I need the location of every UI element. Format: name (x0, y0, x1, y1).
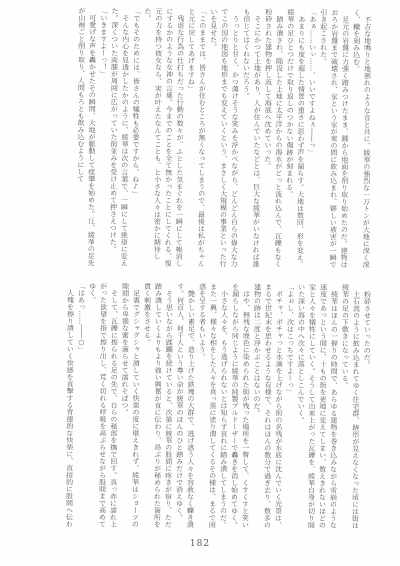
dialogue-line: 「あぁ……いぃ……、いいですよねぇ――っ」 (305, 9, 318, 273)
paragraph: 綾華はほんの一握りの時間で、あらゆる建物を巻き込みながら雪崩のような速度であっと… (294, 283, 339, 533)
paragraph: 粉砕させていったのだ。 (360, 284, 372, 534)
novel-page: 不吉な地鳴りと地割れのような音と共に、綾華の強烈な一万トンが大地に深く深く、轍を… (0, 0, 400, 566)
paragraph: 残虐な行為の仕打ちだった行動の数々が、ふとした気まぐれを一瞬にして帳消しにするか… (140, 8, 186, 272)
paragraph: 土石流のように飲み込まれてゆく住宅群、跡形が見えなくなった頃には街は綾華の足の下… (338, 284, 361, 534)
text-block-top: 不吉な地鳴りと地割れのような音と共に、綾華の強烈な一万トンが大地に深く深く、轍を… (27, 7, 373, 273)
paragraph: そんな内心を見透かしたかのように、綾華は次の言葉で、一瞬にして絶望に変えた。深く… (107, 7, 131, 271)
paragraph: そして、瓦礫に擦られる足の先で、自らの秘部を撫で回す。真っ赤に濡れ上がった欲望を… (85, 282, 119, 532)
paragraph: うっとりと甘く、かつ蕩けそうな笑みを浮かべながら、どんどん自らの偉大な力でこの国… (206, 8, 241, 272)
dialogue-line: 「はあっ……――○」 (74, 282, 86, 532)
page-number: 182 (0, 539, 400, 549)
paragraph: 足裏でグシャグシャと潰していく快楽の度に堪えきれず、綾華はショーツの隙間から卑猥… (118, 283, 141, 533)
paragraph: 不吉な地鳴りと地割れのような音と共に、綾華の強烈な一万トンが大地に深く深く、轍を… (349, 9, 373, 273)
paragraph: あまりにも度を超した情景の重さに思わず声を漏らす。大地は数回、形を変え、綾華の足… (283, 9, 307, 273)
dialogue-line: 「でもそのためには、皆さんの犠牲も必要ですから、ね♪」 (129, 8, 142, 272)
paragraph: 小さな人々を、もう逃げられないとは知らず哀れに踏み潰してしまうのだ。また一興、様… (195, 283, 229, 533)
paragraph: 艶かしい素足で、造り上げた鉄塊の大群で、逃げ惑う人々を容赦なく轢き潰す。何百人、… (173, 283, 196, 533)
dialogue-line: 「よぉし、次はこっちですよーっ」 (283, 283, 295, 533)
paragraph: そう思いながら蹂躙を続けていると、次第に綾華の股間に疼きが宿り、ただ踏み潰してい… (140, 283, 174, 533)
dialogue-line: 「このままでは、皆さんが住むところが無くなってしまうので、最後は私がちゃんと元に… (184, 8, 208, 272)
paragraph: はや、無残な廃色に染められた街が残った場所を一瞥して、くすくすと笑いを漏らしなが… (228, 283, 251, 533)
paragraph: 人塊を擦り潰していく快感を直撃する背徳的な快楽に、直接的に股間へ伝わ (63, 282, 75, 532)
paragraph: ポチャ、ポチャっと水滴を上げながら街の名残が水底に沈んでいく光景は、まるで世紀末… (250, 283, 284, 533)
paragraph: そこにかつて土地があり、人が住んでいたなどとは、巨大な綾華がいなければ誰も信じて… (239, 8, 263, 272)
paragraph: 足元の岩盤に力強く踏みつけたまま、踵から地面を削り取り始めたのだ。建物はおろか岩… (316, 9, 351, 273)
text-block-bottom: 粉砕させていったのだ。 土石流のように飲み込まれてゆく住宅群、跡形が見えなくなっ… (27, 282, 372, 534)
paragraph: 可愛げな声を轟かせたその瞬間、大地が脈動して痙攣を始めた。丘、綾華の足先が山裾ご… (74, 7, 98, 271)
paragraph: 踏み潰され、陥没した土地に太平洋からの海水がどっと流れ込んで、瓦礫もなく粉砕され… (261, 8, 285, 272)
